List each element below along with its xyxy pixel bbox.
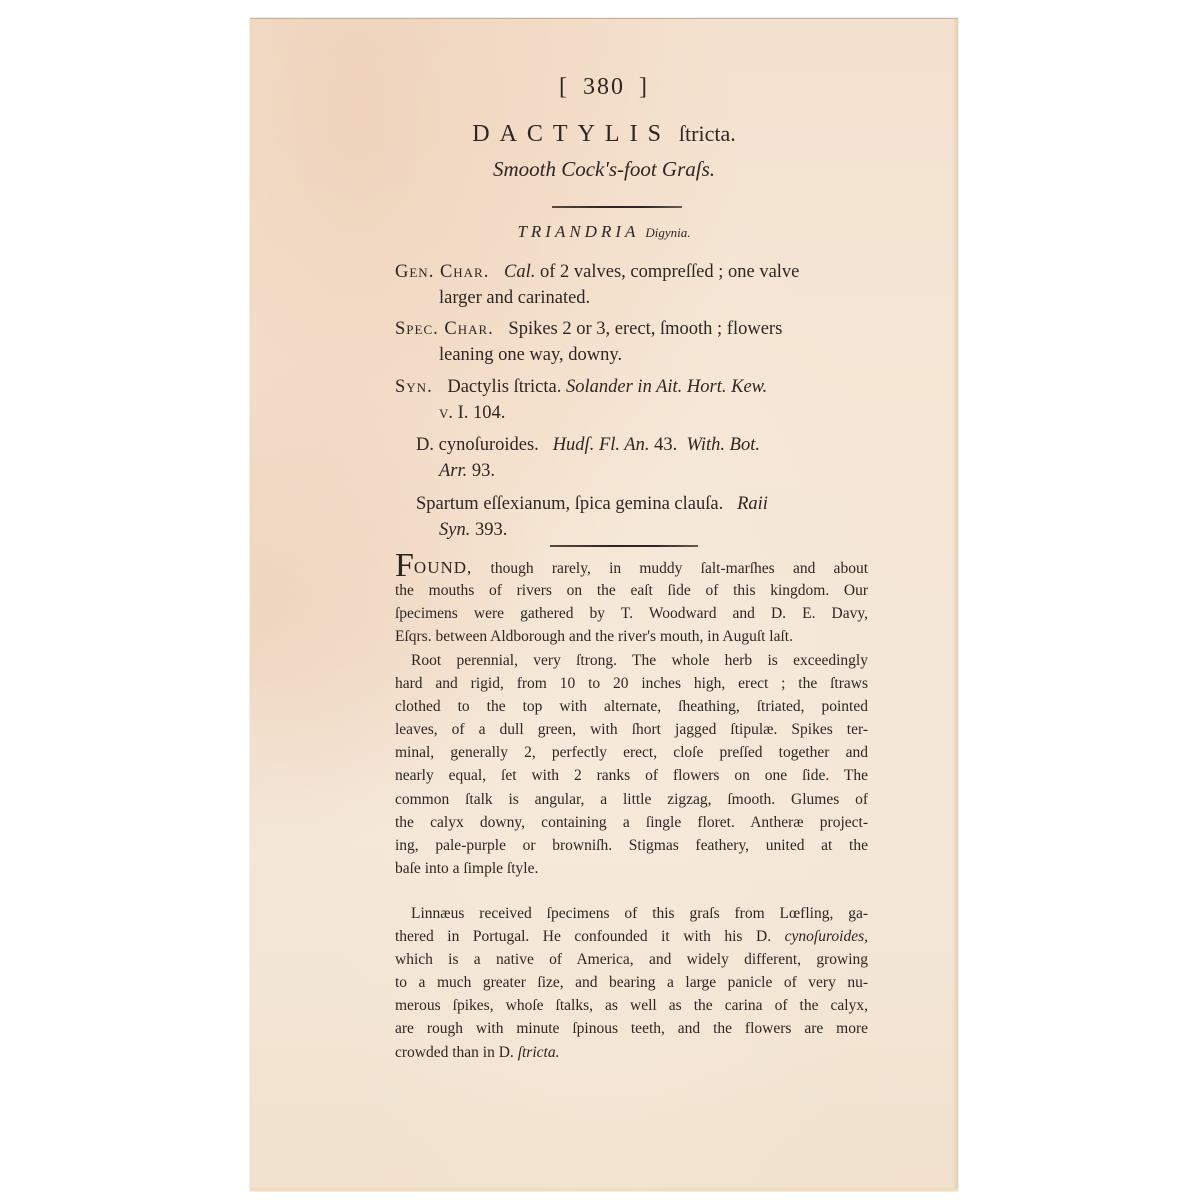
synonym-name: Dactylis ſtricta. [447,377,561,397]
description-paragraph-3: Linnæus received ſpecimens of this graſs… [395,902,868,1064]
synonym-reference: Raii [737,494,768,514]
bracket-open: [ [559,74,569,100]
divider-rule [550,545,698,547]
text-line: FOUND, though rarely, in muddy ſalt-marſ… [395,556,868,579]
text-line: crowded than in D. ſtricta. [395,1041,868,1064]
text-line: are rough with minute ſpinous teeth, and… [395,1017,868,1040]
text-line: thered in Portugal. He confounded it wit… [395,925,868,948]
text-line: common ſtalk is angular, a little zigzag… [395,788,868,811]
synonym-3: Spartum eſſexianum, ſpica gemina clauſa.… [416,491,865,543]
text-line-content: though rarely, in muddy ſalt-marſhes and… [491,560,868,577]
synonym-1: Syn. Dactylis ſtricta. Solander in Ait. … [395,374,865,426]
book-page: [380] DACTYLIS ſtricta. Smooth Cock's-fo… [250,18,958,1191]
synonym-cont-number: 393. [475,520,507,540]
text-line: which is a native of America, and widely… [395,948,868,971]
text-line: the mouths of rivers on the eaſt ſide of… [395,579,868,602]
synonym-continuation: v. I. 104. [395,400,865,426]
gen-char-italic: Cal. [504,262,535,282]
italic-species: ſtricta. [518,1044,560,1061]
small-caps-word: OUND, [414,558,472,577]
page-number-value: 380 [583,74,625,100]
page-edge [952,19,958,1191]
syn-label: Syn. [395,377,433,397]
text-line: minal, generally 2, perfectly erect, clo… [395,741,868,764]
description-paragraph-2: Root perennial, very ſtrong. The whole h… [395,649,868,880]
page-number: [380] [250,74,958,101]
text-line: Root perennial, very ſtrong. The whole h… [395,649,868,672]
text-line: baſe into a ſimple ſtyle. [395,857,868,880]
bracket-close: ] [639,74,649,100]
text-line: nearly equal, ſet with 2 ranks of flower… [395,764,868,787]
synonym-name: Spartum eſſexianum, ſpica gemina clauſa. [416,494,723,514]
text-line: leaves, of a dull green, with ſhort jagg… [395,718,868,741]
text-line: to a much greater ſize, and bearing a la… [395,971,868,994]
gen-char-label: Gen. Char. [395,262,489,282]
text-line: Eſqrs. between Aldborough and the river'… [395,625,868,648]
synonym-name: D. cynoſuroides. [416,435,539,455]
order-name: Digynia. [645,225,690,240]
generic-character: Gen. Char. Cal. of 2 valves, compreſſed … [395,259,865,311]
description-paragraph-1: FOUND, though rarely, in muddy ſalt-marſ… [395,556,868,648]
gen-char-continuation: larger and carinated. [395,285,865,311]
synonym-cont-number: 93. [472,461,495,481]
class-name: TRIANDRIA [517,222,639,241]
common-name: Smooth Cock's-foot Graſs. [250,157,958,182]
linnaean-classification: TRIANDRIADigynia. [250,222,958,242]
synonym-reference: Solander in Ait. Hort. Kew. [566,377,767,397]
synonym-continuation: Arr. 93. [416,458,865,484]
spec-char-text: Spikes 2 or 3, erect, ſmooth ; flowers [508,319,782,339]
gen-char-text: of 2 valves, compreſſed ; one valve [540,262,799,282]
page-title: DACTYLIS ſtricta. [250,121,958,148]
synonym-reference-number: 43. [654,435,677,455]
text-line: ing, pale-purple or browniſh. Stigmas fe… [395,834,868,857]
synonym-cont-italic: Arr. [439,461,467,481]
text-line: the calyx downy, containing a ſingle flo… [395,811,868,834]
text-line-content: thered in Portugal. He confounded it wit… [395,928,771,945]
text-line: merous ſpikes, whoſe ſtalks, as well as … [395,994,868,1017]
text-line: hard and rigid, from 10 to 20 inches hig… [395,672,868,695]
text-line: Linnæus received ſpecimens of this graſs… [395,902,868,925]
synonym-2: D. cynoſuroides. Hudſ. Fl. An. 43. With.… [416,432,865,484]
specific-character: Spec. Char. Spikes 2 or 3, erect, ſmooth… [395,316,865,368]
page-edge-bottom [250,1188,958,1191]
text-line: ſpecimens were gathered by T. Woodward a… [395,602,868,625]
italic-species: cynoſuroides, [785,928,868,945]
synonym-reference-2: With. Bot. [686,435,760,455]
synonym-reference: Hudſ. Fl. An. [553,435,650,455]
synonym-continuation: Syn. 393. [416,517,865,543]
text-line: clothed to the top with alternate, ſheat… [395,695,868,718]
divider-rule [552,206,682,208]
text-line-content: crowded than in D. [395,1044,514,1061]
species-name: ſtricta. [679,121,736,146]
genus-name: DACTYLIS [472,121,671,147]
synonym-cont-italic: Syn. [439,520,470,540]
spec-char-label: Spec. Char. [395,319,494,339]
spec-char-continuation: leaning one way, downy. [395,342,865,368]
